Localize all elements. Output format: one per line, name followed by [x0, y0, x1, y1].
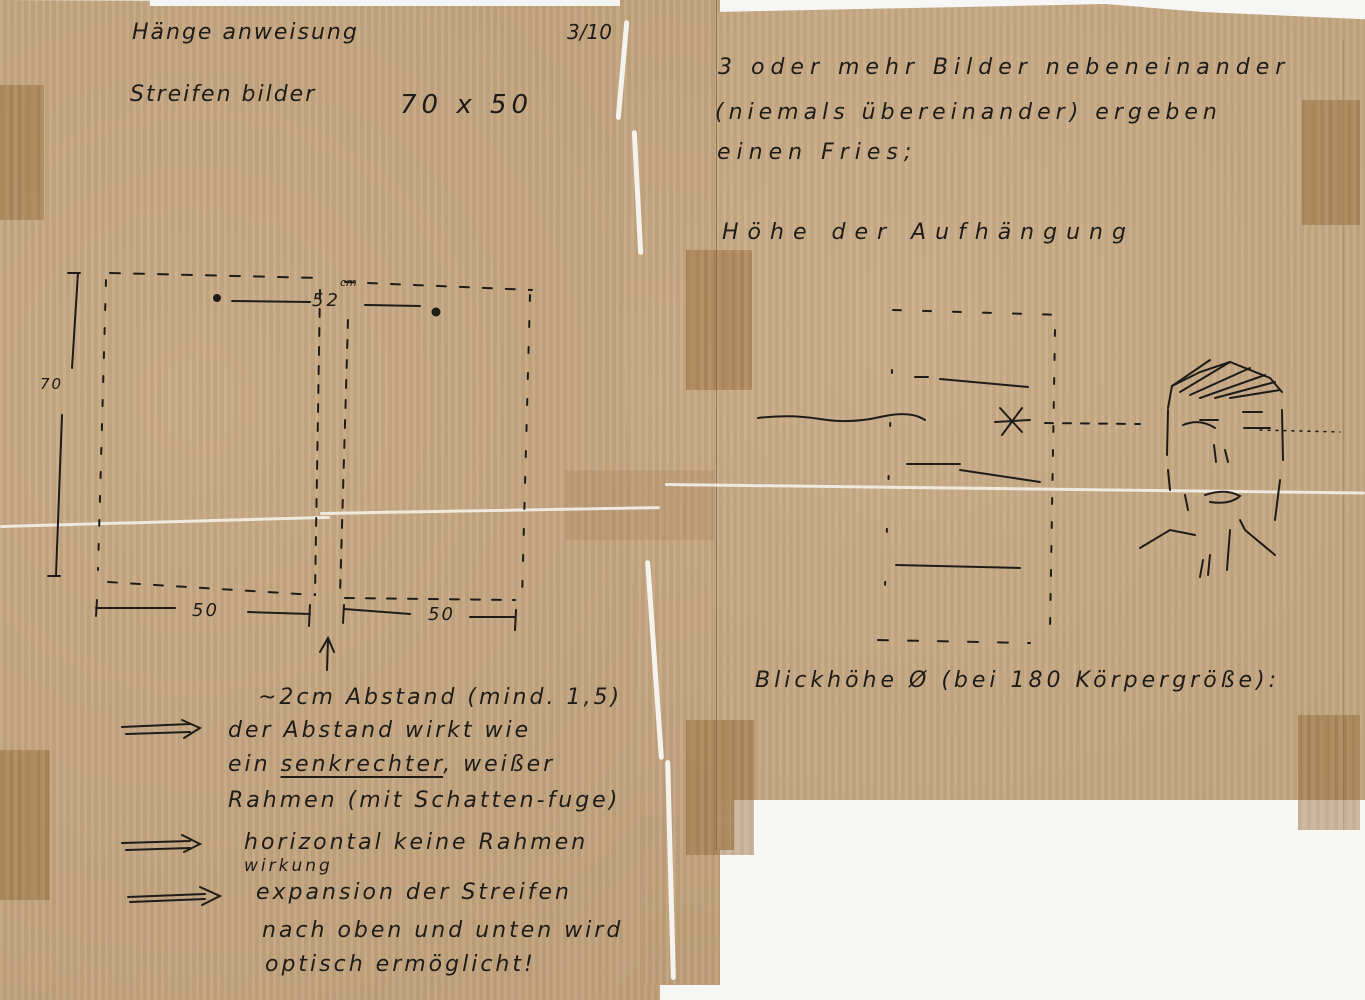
note-line-6: wirkung — [244, 856, 333, 876]
note-line-3-before: ein — [228, 752, 281, 777]
height-label: 70 — [40, 375, 63, 393]
note-underlined-word: senkrechter — [281, 752, 444, 777]
tape-strip-center-faint — [565, 470, 715, 540]
tape-strip-right-bottom — [1298, 715, 1360, 830]
scan-border-top — [150, 0, 620, 6]
width-right-label: 50 — [428, 604, 455, 625]
tape-strip-left-bottom — [0, 750, 50, 900]
paragraph-line-3: einen Fries; — [717, 140, 917, 165]
paragraph-line-1: 3 oder mehr Bilder nebeneinander — [718, 55, 1290, 80]
hook-distance-label: 52 — [312, 290, 341, 311]
eye-level-caption: Blickhöhe Ø (bei 180 Körpergröße): — [755, 668, 1280, 693]
note-line-3: ein senkrechter, weißer — [228, 752, 555, 777]
tape-strip-left-top — [0, 85, 44, 220]
tape-strip-right-top — [1302, 100, 1360, 225]
note-spacing: ~2cm Abstand (mind. 1,5) — [258, 685, 622, 710]
note-line-5: horizontal keine Rahmen — [244, 830, 588, 855]
note-line-9: optisch ermöglicht! — [265, 952, 536, 977]
blank-scan-area — [734, 800, 1365, 1000]
page-number: 3/10 — [567, 20, 612, 44]
note-line-2: der Abstand wirkt wie — [228, 718, 531, 743]
document-title: Hänge anweisung — [132, 20, 359, 45]
paragraph-line-2: (niemals übereinander) ergeben — [715, 100, 1222, 125]
note-line-4: Rahmen (mit Schatten-fuge) — [228, 788, 620, 813]
note-line-8: nach oben und unten wird — [262, 918, 623, 943]
note-line-3-after: , weißer — [443, 752, 555, 777]
width-left-label: 50 — [192, 600, 219, 621]
picture-dimensions: 70 x 50 — [400, 90, 533, 120]
section-heading-hanging-height: Höhe der Aufhängung — [722, 220, 1135, 245]
hook-distance-unit: cm — [340, 276, 357, 289]
note-line-7: expansion der Streifen — [256, 880, 572, 905]
tape-strip-center-top — [686, 250, 752, 390]
tape-strip-center-bottom — [686, 720, 754, 855]
subtitle: Streifen bilder — [130, 82, 316, 107]
